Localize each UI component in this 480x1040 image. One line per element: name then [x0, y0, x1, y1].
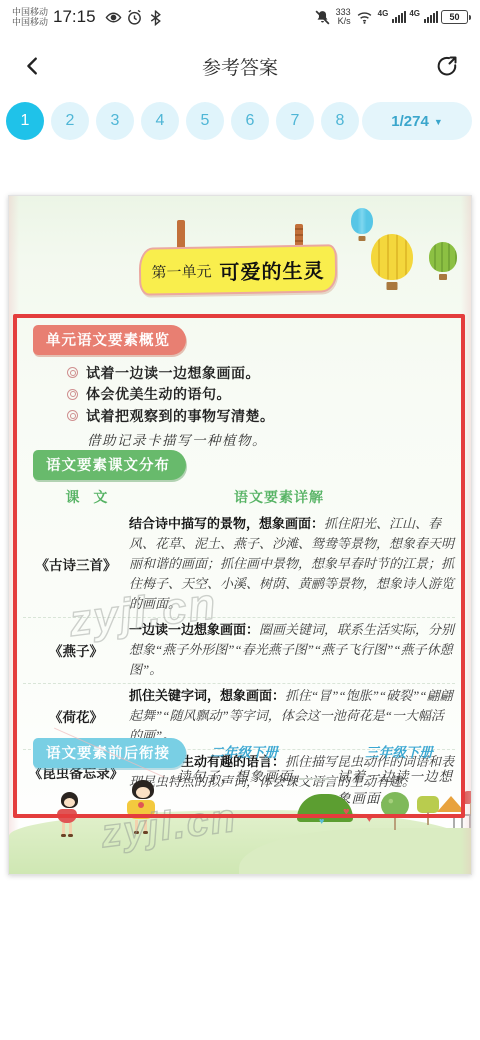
page-button-3[interactable]: 3: [96, 102, 134, 140]
heart-icon: ♥: [343, 806, 350, 818]
overview-note: 借助记录卡描写一种植物。: [87, 429, 447, 449]
battery-icon: 50: [441, 10, 468, 24]
page-button-1[interactable]: 1: [6, 102, 44, 140]
girl-illustration: [57, 792, 78, 823]
page-button-5[interactable]: 5: [186, 102, 224, 140]
list-item: 试着把观察到的事物写清楚。: [67, 405, 447, 427]
alarm-clock-icon: [126, 9, 143, 26]
table-row: 《燕子》 一边读一边想象画面：圈画关键词，联系生活实际，分别想象“燕子外形图”“…: [23, 618, 455, 684]
page-button-8[interactable]: 8: [321, 102, 359, 140]
bullet-ring-icon: [67, 367, 78, 378]
pagination-bar: 1 2 3 4 5 6 7 8 1/274 ▼: [0, 98, 480, 144]
dashed-arrow-icon: [299, 778, 329, 780]
grade-prev-text: 读句子，想象画面。: [177, 766, 322, 788]
page-button-4[interactable]: 4: [141, 102, 179, 140]
eye-icon: [105, 9, 122, 26]
heart-icon: ♥: [366, 813, 373, 825]
section-tag-distribution: 语文要素课文分布: [33, 450, 186, 480]
heart-icon: ♥: [319, 816, 324, 826]
tree-icon: [381, 792, 409, 818]
unit-number: 第一单元: [151, 260, 211, 282]
page-indicator-label: 1/274: [391, 113, 429, 130]
back-button[interactable]: [16, 49, 50, 83]
network-speed: 333 K/s: [336, 8, 351, 26]
bluetooth-icon: [147, 9, 164, 26]
list-item: 体会优美生动的语句。: [67, 384, 447, 406]
page-button-6[interactable]: 6: [231, 102, 269, 140]
section-tag-overview: 单元语文要素概览: [33, 325, 186, 355]
page-button-7[interactable]: 7: [276, 102, 314, 140]
signal-bars-icon-1: [392, 11, 406, 23]
bell-muted-icon: [314, 9, 331, 26]
table-header-lesson: 课 文: [49, 487, 129, 507]
wifi-icon: [356, 9, 373, 26]
girl-illustration: [127, 780, 155, 819]
fence-icon: [453, 814, 472, 828]
nav-header: 参考答案: [0, 34, 480, 98]
balloon-yellow-icon: [371, 234, 413, 280]
network-type-badge-2: 4G: [409, 9, 420, 18]
balloon-green-icon: [429, 242, 457, 272]
answer-page-image: 第一单元 可爱的生灵 单元语文要素概览 试着一边读一边想象画面。 体会优美生动的…: [8, 195, 472, 875]
unit-banner: 第一单元 可爱的生灵: [139, 244, 338, 295]
page-indicator-dropdown[interactable]: 1/274 ▼: [362, 102, 472, 140]
carrier-sim1: 中国移动: [12, 7, 48, 17]
signal-bars-icon-2: [424, 11, 438, 23]
grade-prev-header: 二年级下册: [169, 741, 319, 761]
carrier-labels: 中国移动 中国移动: [12, 7, 48, 27]
status-clock: 17:15: [53, 7, 96, 27]
overview-list: 试着一边读一边想象画面。 体会优美生动的语句。 试着把观察到的事物写清楚。 借助…: [67, 362, 447, 449]
bullet-ring-icon: [67, 389, 78, 400]
chevron-down-icon: ▼: [434, 117, 443, 127]
tree-icon: [461, 791, 472, 804]
status-right-cluster: 333 K/s 4G 4G 50: [312, 8, 468, 26]
page-title: 参考答案: [0, 53, 480, 80]
page-button-2[interactable]: 2: [51, 102, 89, 140]
unit-title: 可爱的生灵: [219, 254, 324, 285]
grade-next-header: 三年级下册: [324, 741, 472, 761]
balloon-blue-icon: [351, 208, 373, 234]
carrier-sim2: 中国移动: [12, 17, 48, 27]
table-row: 《古诗三首》 结合诗中描写的景物，想象画面：抓住阳光、江山、春风、花草、泥土、燕…: [23, 512, 455, 618]
list-item: 试着一边读一边想象画面。: [67, 362, 447, 384]
share-button[interactable]: [430, 49, 464, 83]
bullet-ring-icon: [67, 410, 78, 421]
network-type-badge-1: 4G: [378, 9, 389, 18]
status-bar: 中国移动 中国移动 17:15 333 K/s 4G 4G 50: [0, 0, 480, 34]
table-header-detail: 语文要素详解: [169, 487, 389, 507]
tree-icon: [417, 796, 439, 813]
tent-icon: [437, 796, 465, 812]
